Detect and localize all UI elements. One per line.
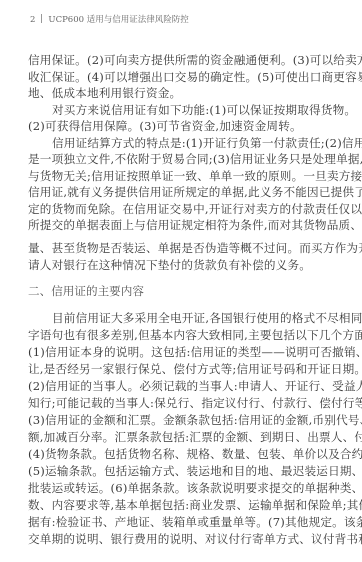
text-line: 是一项独立文件,不依附于贸易合同;(3)信用证业务只是处理单据,而 xyxy=(28,152,334,166)
text-line: 请人对银行在这种情况下垫付的货款负有补偿的义务。 xyxy=(28,258,334,272)
page-number: 2 xyxy=(30,15,35,25)
header-divider xyxy=(41,14,42,23)
text-line: (2)信用证的当事人。必须记载的当事人:申请人、开证行、受益人、通 xyxy=(28,379,334,393)
text-line: 所提交的单据表面上与信用证规定相符为条件,而对其货物品质、数 xyxy=(28,218,334,232)
text-line: (1)信用证本身的说明。这包括:信用证的类型——说明可否撤销、转 xyxy=(28,345,334,359)
text-line: 字语句也有很多差别,但基本内容大致相同,主要包括以下几个方面: xyxy=(28,328,334,342)
text-line: 信用证,就有义务提供信用证所规定的单据,此义务不能因已提供了约 xyxy=(28,185,334,199)
text-line: 信用证结算方式的特点是:(1)开证行负第一付款责任;(2)信用证 xyxy=(52,136,334,150)
text-line: (3)信用证的金额和汇票。金额条款包括:信用证的金额,币别代号、金 xyxy=(28,413,334,427)
text-line: (4)货物条款。包括货物名称、规格、数量、包装、单价以及合约号码等。 xyxy=(28,447,334,461)
text-line: 批装运或转运。(6)单据条款。该条款说明要求提交的单据种类、份 xyxy=(28,481,334,495)
text-line: 对买方来说信用证有如下功能:(1)可以保证按期取得货物。 xyxy=(52,103,334,117)
text-line: 地、低成本地利用银行资金。 xyxy=(28,86,334,100)
text-line: 额,加减百分率。汇票条款包括:汇票的金额、到期日、出票人、付款人。 xyxy=(28,430,334,444)
text-line: 量、甚至货物是否装运、单据是否伪造等概不过问。而买方作为开证申 xyxy=(28,241,334,255)
text-line: (5)运输条款。包括运输方式、装运地和目的地、最迟装运日期、可否分 xyxy=(28,464,334,478)
text-line: 知行;可能记载的当事人:保兑行、指定议付行、付款行、偿付行等。 xyxy=(28,396,334,410)
book-title: UCP600 适用与信用证法律风险防控 xyxy=(48,15,188,25)
text-line: 让,是否经另一家银行保兑、偿付方式等;信用证号码和开证日期。 xyxy=(28,362,334,376)
running-header: 2UCP600 适用与信用证法律风险防控 xyxy=(30,13,189,25)
text-line: 目前信用证大多采用全电开证,各国银行使用的格式不尽相同,文 xyxy=(52,311,334,325)
text-line: 与货物无关;信用证按照单证一致、单单一致的原则。一旦卖方接受了 xyxy=(28,169,334,183)
text-line: 交单期的说明、银行费用的说明、对议付行寄单方式、议付背书和索偿 xyxy=(28,532,334,546)
section-heading: 二、信用证的主要内容 xyxy=(28,284,144,298)
text-line: 数、内容要求等,基本单据包括:商业发票、运输单据和保险单;其他单 xyxy=(28,498,334,512)
text-line: 定的货物而免除。在信用证交易中,开证行对卖方的付款责任仅以其 xyxy=(28,202,334,216)
text-line: 据有:检验证书、产地证、装箱单或重量单等。(7)其他规定。该条款对 xyxy=(28,515,334,529)
text-line: 信用保证。(2)可向卖方提供所需的资金融通便利。(3)可以给卖方以 xyxy=(28,53,334,67)
text-line: 收汇保证。(4)可以增强出口交易的确定性。(5)可使出口商更容易 xyxy=(28,70,334,84)
text-line: (2)可获得信用保障。(3)可节省资金,加速资金周转。 xyxy=(28,119,334,133)
